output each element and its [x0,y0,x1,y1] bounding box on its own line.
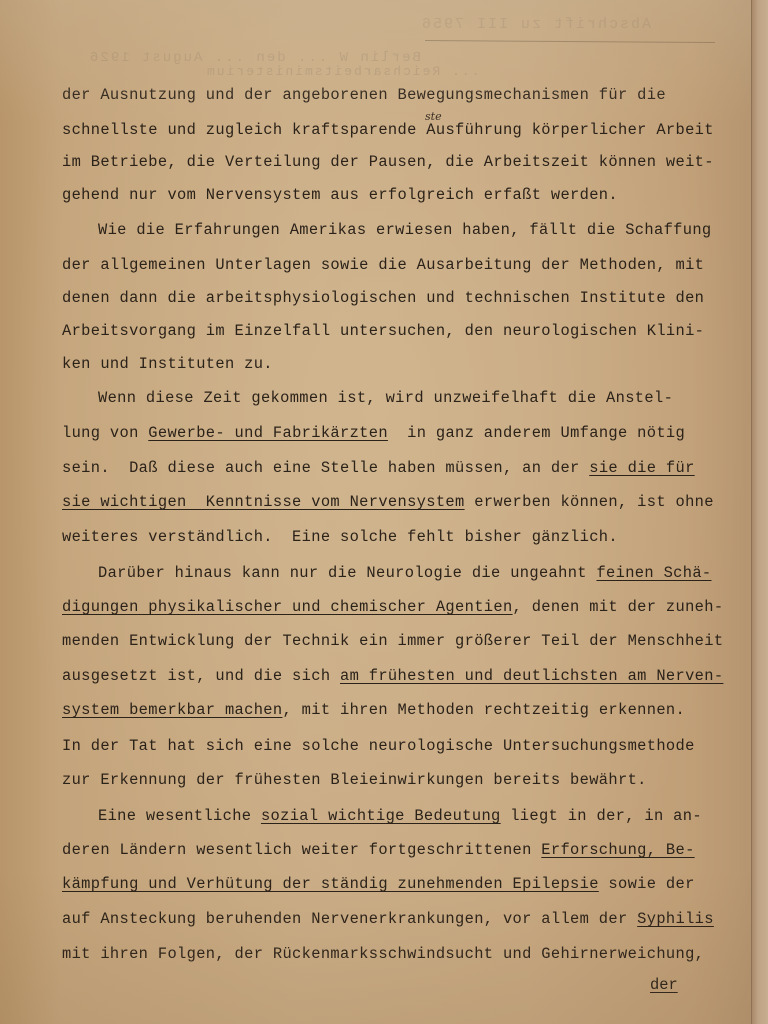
underlined-phrase: Gewerbe- und Fabrikärzten [148,424,388,442]
text-segment: auf Ansteckung beruhenden Nervenerkranku… [62,910,637,928]
text-segment: ausgesetzt ist, und die sich [62,667,340,685]
text-line: Wenn diese Zeit gekommen ist, wird unzwe… [98,388,673,408]
text-line: In der Tat hat sich eine solche neurolog… [62,736,695,756]
underlined-phrase: sozial wichtige Bedeutung [261,807,501,825]
text-line: zur Erkennung der frühesten Bleieinwirku… [62,770,647,790]
text-line: weiteres verständlich. Eine solche fehlt… [62,527,618,547]
text-line: system bemerkbar machen, mit ihren Metho… [62,700,685,720]
text-line: ken und Instituten zu. [62,354,273,374]
text-segment: Eine wesentliche [98,807,261,825]
text-line: menden Entwicklung der Technik ein immer… [62,631,723,651]
text-segment: Darüber hinaus kann nur die Neurologie d… [98,564,596,582]
text-line: ausgesetzt ist, und die sich am früheste… [62,666,723,686]
underlined-phrase: am frühesten und deutlichsten am Nerven- [340,667,723,685]
text-segment: , denen mit der zuneh- [513,598,724,616]
text-line: schnellste und zugleich kraftsparende Au… [62,120,714,140]
text-segment: , mit ihren Methoden rechtzeitig erkenne… [282,701,685,719]
underlined-phrase: Syphilis [637,910,714,928]
document-page: Abschrift zu III 7956 Berlin W ... den .… [0,0,752,1024]
text-line: denen dann die arbeitsphysiologischen un… [62,288,704,308]
text-segment: sein. Daß diese auch eine Stelle haben m… [62,459,589,477]
text-segment: deren Ländern wesentlich weiter fortgesc… [62,841,541,859]
text-line: Darüber hinaus kann nur die Neurologie d… [98,563,712,583]
text-line: Arbeitsvorgang im Einzelfall untersuchen… [62,321,704,341]
underlined-phrase: system bemerkbar machen [62,701,282,719]
underlined-phrase: sie die für [589,459,694,477]
text-line: auf Ansteckung beruhenden Nervenerkranku… [62,909,714,929]
handwritten-annotation: ste [425,110,442,123]
text-segment: in ganz anderem Umfange nötig [388,424,685,442]
bleed-through-line: ... Reichsarbeitsministerium [205,64,479,79]
text-line: der allgemeinen Unterlagen sowie die Aus… [62,255,704,275]
text-line: lung von Gewerbe- und Fabrikärzten in ga… [62,423,685,443]
text-segment: sowie der [599,875,695,893]
text-segment: Ausführung körperlicher Arbeit [417,121,714,139]
underlined-phrase: digungen physikalischer und chemischer A… [62,598,513,616]
text-line: deren Ländern wesentlich weiter fortgesc… [62,840,695,860]
underlined-phrase: Erforschung, Be- [541,841,694,859]
text-line: Eine wesentliche sozial wichtige Bedeutu… [98,806,702,826]
text-segment: erwerben können, ist ohne [465,493,714,511]
catchword: der [650,976,678,994]
text-segment: lung von [62,424,148,442]
text-line: mit ihren Folgen, der Rückenmarksschwind… [62,944,704,964]
bleed-through-header: Abschrift zu III 7956 [420,16,651,33]
text-segment: liegt in der, in an- [501,807,702,825]
text-line: der Ausnutzung und der angeborenen Beweg… [62,85,666,105]
text-line: im Betriebe, die Verteilung der Pausen, … [62,152,714,172]
underlined-phrase: kämpfung und Verhütung der ständig zuneh… [62,875,599,893]
text-line: sein. Daß diese auch eine Stelle haben m… [62,458,695,478]
page-edge [751,0,768,1024]
bleed-through-rule [425,40,715,43]
text-line: gehend nur vom Nervensystem aus erfolgre… [62,185,618,205]
text-line: Wie die Erfahrungen Amerikas erwiesen ha… [98,220,712,240]
text-line: digungen physikalischer und chemischer A… [62,597,723,617]
text-line: kämpfung und Verhütung der ständig zuneh… [62,874,695,894]
underlined-phrase: sie wichtigen Kenntnisse vom Nervensyste… [62,493,465,511]
text-segment: schnellste und zugleich kraftsparende [62,121,417,139]
underlined-phrase: feinen Schä- [596,564,711,582]
text-line: sie wichtigen Kenntnisse vom Nervensyste… [62,492,714,512]
